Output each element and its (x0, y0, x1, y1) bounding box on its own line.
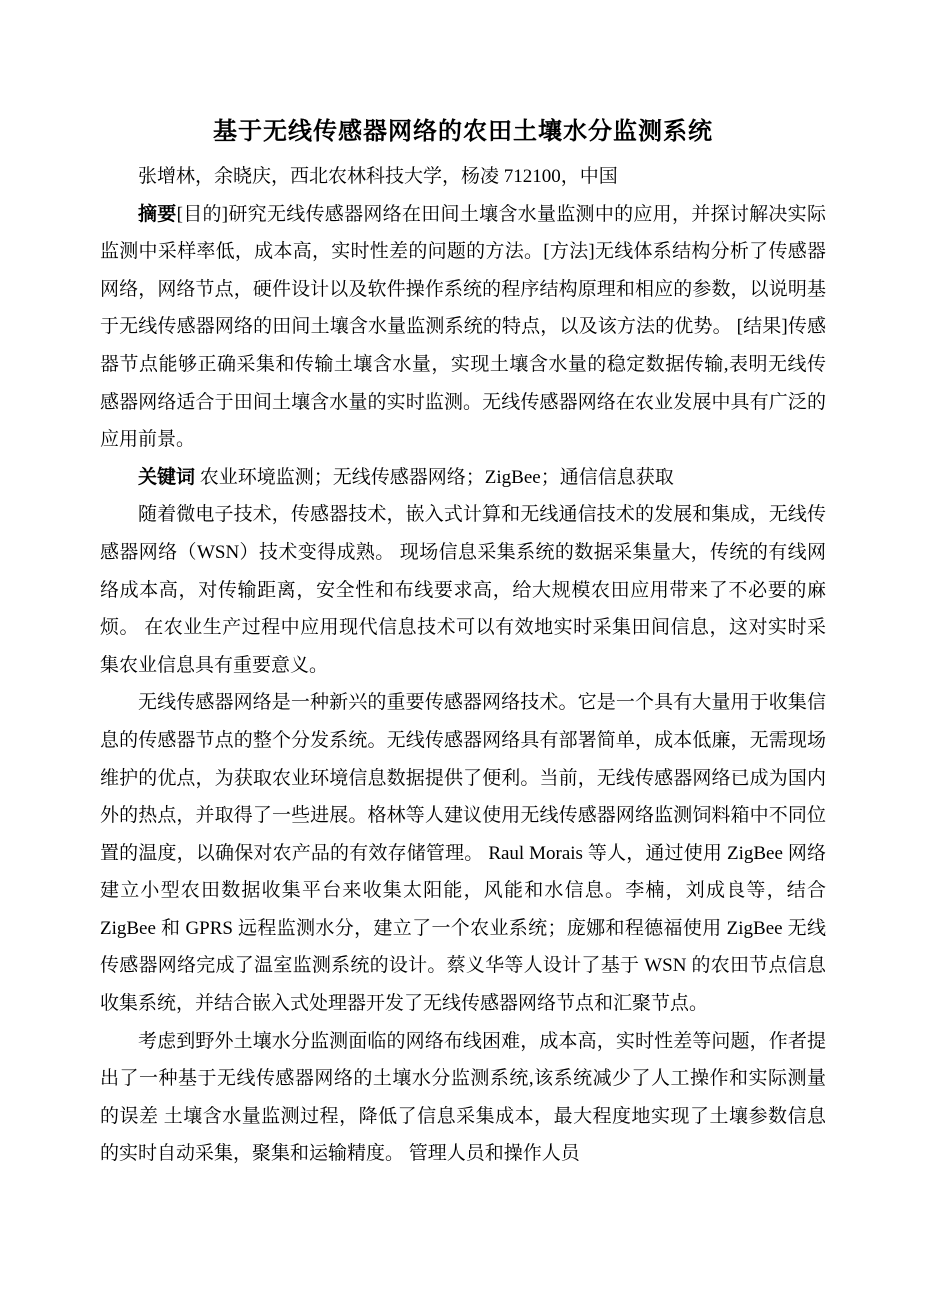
authors-line: 张增林，余晓庆，西北农林科技大学，杨凌 712100，中国 (100, 158, 826, 196)
keywords-label: 关键词 (138, 467, 195, 488)
document-content: 基于无线传感器网络的农田土壤水分监测系统 张增林，余晓庆，西北农林科技大学，杨凌… (0, 0, 926, 1173)
intro-paragraph-2: 无线传感器网络是一种新兴的重要传感器网络技术。它是一个具有大量用于收集信息的传感… (100, 684, 826, 1022)
intro-paragraph-3: 考虑到野外土壤水分监测面临的网络布线困难，成本高，实时性差等问题，作者提出了一种… (100, 1023, 826, 1173)
abstract-label: 摘要 (138, 204, 177, 225)
document-page: 基于无线传感器网络的农田土壤水分监测系统 张增林，余晓庆，西北农林科技大学，杨凌… (0, 0, 926, 1309)
keywords-text: 农业环境监测；无线传感器网络；ZigBee；通信信息获取 (195, 467, 674, 488)
keywords-line: 关键词 农业环境监测；无线传感器网络；ZigBee；通信信息获取 (100, 459, 826, 497)
abstract-paragraph: 摘要[目的]研究无线传感器网络在田间土壤含水量监测中的应用，并探讨解决实际监测中… (100, 196, 826, 459)
paper-title: 基于无线传感器网络的农田土壤水分监测系统 (100, 116, 826, 148)
abstract-text: [目的]研究无线传感器网络在田间土壤含水量监测中的应用，并探讨解决实际监测中采样… (100, 204, 826, 451)
intro-paragraph-1: 随着微电子技术，传感器技术，嵌入式计算和无线通信技术的发展和集成，无线传感器网络… (100, 496, 826, 684)
